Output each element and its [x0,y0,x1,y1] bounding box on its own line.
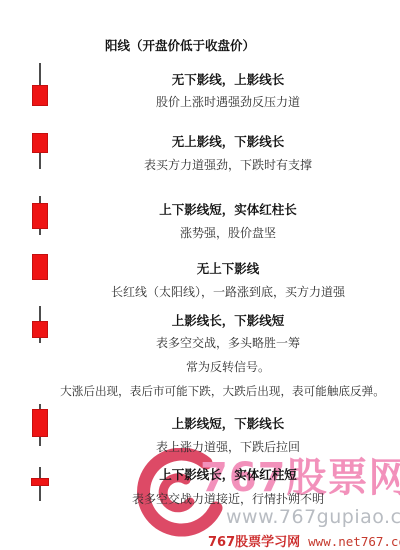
watermark-footer: 767股票学习网 www.net767.com [208,531,400,550]
candle-body [31,478,49,486]
candle-short-upper-long-lower [25,404,55,446]
section-6-desc: 表上涨力道强，下跌后拉回 [56,438,400,455]
candle-long-lower-shadow [25,133,55,169]
section-2-desc: 表买方力道强劲，下跌时有支撑 [56,156,400,173]
footer-site-url: www.net767.com [308,534,400,549]
lower-wick [39,486,41,501]
footer-site-name: 767股票学习网 [208,531,300,550]
section-7-desc: 表多空交战力道接近，行情扑朔不明 [56,490,400,507]
lower-wick [39,153,41,169]
candle-body [32,133,48,153]
watermark-url-text: www.767gupiao.com [226,506,400,528]
section-5-desc: 表多空交战，多头略胜一筹 [56,334,400,351]
section-5-extra: 大涨后出现，表后市可能下跌，大跌后出现，表可能触底反弹。 [45,383,400,399]
section-1-desc: 股价上涨时遇强劲反压力道 [56,93,400,110]
section-1-heading: 无下影线，上影线长 [56,70,400,88]
candle-body [32,321,48,338]
candle-body [32,203,48,229]
lower-wick [39,229,41,235]
section-3-heading: 上下影线短，实体红柱长 [56,200,400,218]
candle-long-shadows-short-body [25,467,55,501]
section-4-desc: 长红线（太阳线），一路涨到底，买方力道强 [56,283,400,300]
candle-long-upper-short-lower [25,306,55,343]
section-5-note: 常为反转信号。 [56,358,400,375]
candle-long-upper-shadow [25,63,55,105]
candle-body [32,409,48,437]
section-6-heading: 上影线短，下影线长 [56,414,400,432]
candle-short-shadows-long-body [25,196,55,235]
section-3-desc: 涨势强，股价盘坚 [56,224,400,241]
candlestick-tutorial-page: 767股票网 www.767gupiao.com 767股票学习网 www.ne… [0,0,400,550]
section-7-heading: 上下影线长，实体红柱短 [56,465,400,483]
lower-wick [39,338,41,343]
section-4-heading: 无上下影线 [56,259,400,277]
lower-wick [39,437,41,446]
candle-body [32,85,48,106]
candle-body [32,254,48,280]
upper-wick [39,306,41,322]
upper-wick [39,63,41,86]
page-title: 阳线（开盘价低于收盘价） [0,36,360,54]
section-5-heading: 上影线长，下影线短 [56,311,400,329]
candle-marubozu [25,254,55,281]
section-2-heading: 无上影线，下影线长 [56,132,400,150]
